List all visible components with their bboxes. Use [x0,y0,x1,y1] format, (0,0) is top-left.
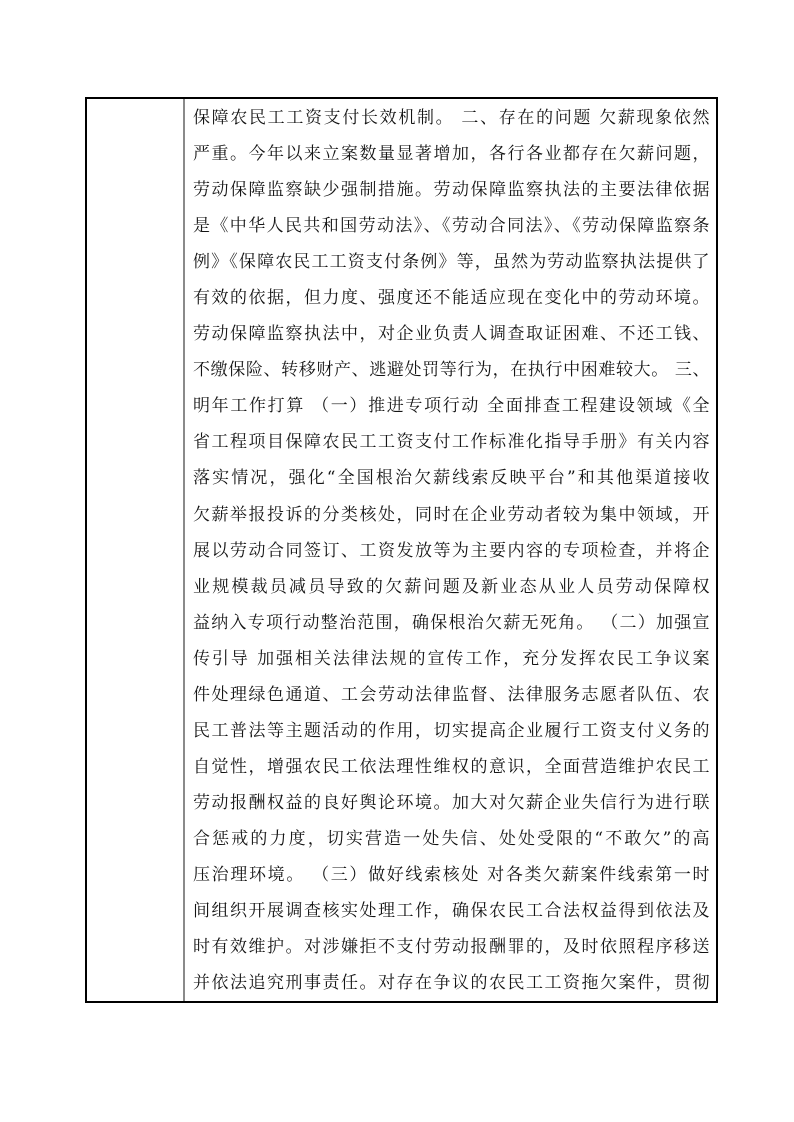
document-page: 保障农民工工资支付长效机制。 二、存在的问题 欠薪现象依然 严重。今年以来立案数… [0,0,794,1122]
body-text-line: 时有效维护。对涉嫌拒不支付劳动报酬罪的，及时依照程序移送 [193,929,710,965]
body-text-line: 不缴保险、转移财产、逃避处罚等行为，在执行中困难较大。 三、 [193,352,710,388]
body-text-line: 益纳入专项行动整治范围，确保根治欠薪无死角。 （二）加强宣 [193,605,710,641]
body-text-line: 有效的依据，但力度、强度还不能适应现在变化中的劳动环境。 [193,280,710,316]
body-text-line: 是《中华人民共和国劳动法》、《劳动合同法》、《劳动保障监察条 [193,208,710,244]
body-text-line: 传引导 加强相关法律法规的宣传工作，充分发挥农民工争议案 [193,641,710,677]
table-left-cell [87,99,185,1001]
body-text-line: 民工普法等主题活动的作用，切实提高企业履行工资支付义务的 [193,713,710,749]
body-text-line: 落实情况，强化“全国根治欠薪线索反映平台”和其他渠道接收 [193,460,710,496]
body-text-line: 间组织开展调查核实处理工作，确保农民工合法权益得到依法及 [193,893,710,929]
body-text-line: 合惩戒的力度，切实营造一处失信、处处受限的“不敢欠”的高 [193,821,710,857]
body-text-line: 严重。今年以来立案数量显著增加，各行各业都存在欠薪问题， [193,136,710,172]
body-text-line: 欠薪举报投诉的分类核处，同时在企业劳动者较为集中领域，开 [193,497,710,533]
body-text-line: 劳动保障监察执法中，对企业负责人调查取证困难、不还工钱、 [193,316,710,352]
body-text-line: 件处理绿色通道、工会劳动法律监督、法律服务志愿者队伍、农 [193,677,710,713]
body-text-line: 业规模裁员减员导致的欠薪问题及新业态从业人员劳动保障权 [193,569,710,605]
body-text-line: 劳动报酬权益的良好舆论环境。加大对欠薪企业失信行为进行联 [193,785,710,821]
body-text-line: 自觉性，增强农民工依法理性维权的意识，全面营造维护农民工 [193,749,710,785]
body-text-line: 并依法追究刑事责任。对存在争议的农民工工资拖欠案件，贯彻 [193,965,710,1001]
body-text-line: 省工程项目保障农民工工资支付工作标准化指导手册》有关内容 [193,424,710,460]
table-body-cell: 保障农民工工资支付长效机制。 二、存在的问题 欠薪现象依然 严重。今年以来立案数… [185,99,716,1001]
body-text-line: 例》《保障农民工工资支付条例》等，虽然为劳动监察执法提供了 [193,244,710,280]
body-text-line: 劳动保障监察缺少强制措施。劳动保障监察执法的主要法律依据 [193,172,710,208]
body-text-line: 保障农民工工资支付长效机制。 二、存在的问题 欠薪现象依然 [193,100,710,136]
body-text-line: 压治理环境。 （三）做好线索核处 对各类欠薪案件线索第一时 [193,857,710,893]
body-text-line: 明年工作打算 （一）推进专项行动 全面排查工程建设领域《全 [193,388,710,424]
body-text-line: 展以劳动合同签订、工资发放等为主要内容的专项检查，并将企 [193,533,710,569]
document-table: 保障农民工工资支付长效机制。 二、存在的问题 欠薪现象依然 严重。今年以来立案数… [85,97,718,1003]
